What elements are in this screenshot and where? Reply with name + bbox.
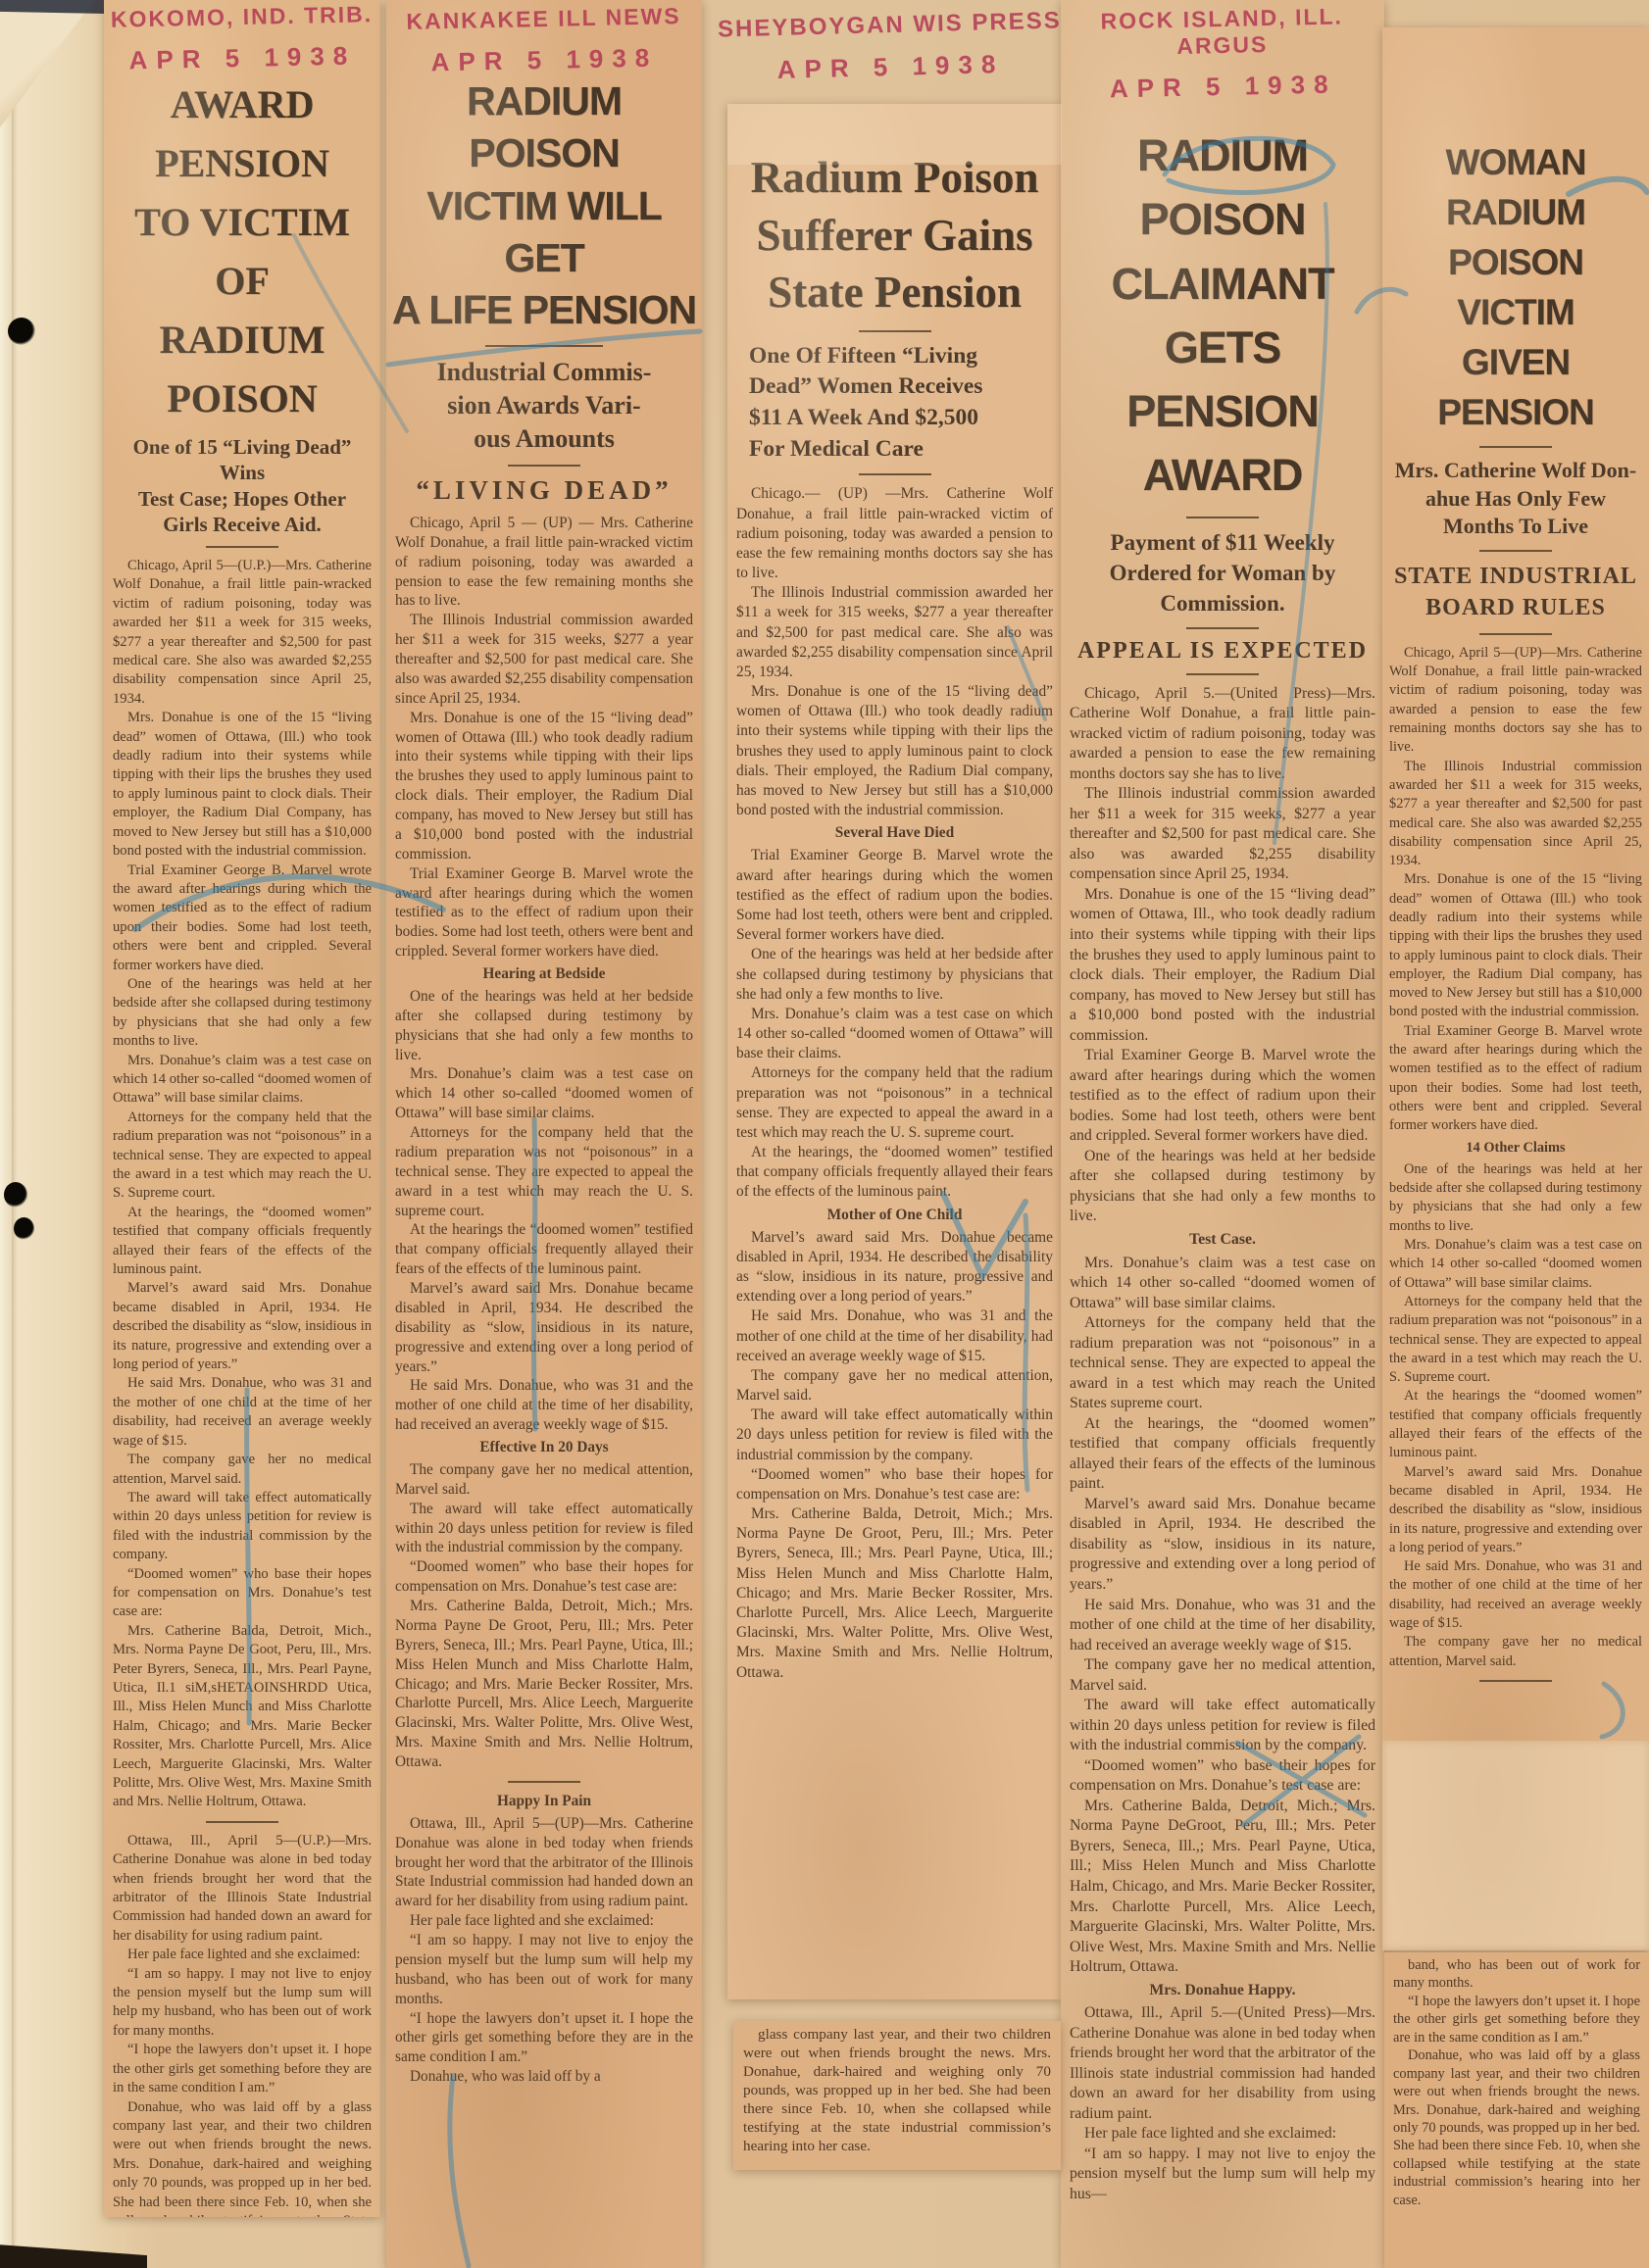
deck: Payment of $11 Weekly Ordered for Woman …: [1069, 527, 1376, 618]
kicker: APPEAL IS EXPECTED: [1067, 638, 1378, 665]
article-paragraph: The company gave her no medical attentio…: [113, 1451, 372, 1489]
article-subhead: Effective In 20 Days: [395, 1438, 693, 1457]
clipping-canton-fragment: band, who has been out of work for many …: [1384, 1952, 1649, 2268]
article-paragraph: “Doomed women” who base their hopes for …: [113, 1565, 372, 1622]
article-paragraph: Attorneys for the company held that the …: [113, 1109, 372, 1204]
article-paragraph: Donahue, who was laid off by a glass com…: [1393, 2046, 1640, 2209]
stamp-date: APR 5 1938: [104, 40, 380, 76]
article-paragraph: The company gave her no medical attentio…: [395, 1460, 693, 1500]
article-paragraph: “I hope the lawyers don’t upset it. I ho…: [113, 2041, 372, 2097]
article-paragraph: At the hearings, the “doomed women” test…: [1070, 1414, 1375, 1495]
clipping-kokomo-tribune: KOKOMO, IND. TRIB. APR 5 1938 AWARD PENS…: [104, 0, 380, 2217]
stamp-source: SHEYBOYGAN WIS PRESS: [703, 7, 1076, 44]
article-paragraph: Attorneys for the company held that the …: [395, 1123, 693, 1220]
divider-rule: [1186, 627, 1259, 629]
headline: RADIUM POISON CLAIMANT GETS PENSION AWAR…: [1065, 123, 1380, 508]
article-paragraph: Trial Examiner George B. Marvel wrote th…: [395, 864, 693, 961]
stamp-source: ROCK ISLAND, ILL. ARGUS: [1061, 3, 1384, 63]
article-subhead: Several Have Died: [736, 823, 1053, 843]
article-paragraph: Mrs. Donahue is one of the 15 “living de…: [1070, 885, 1375, 1046]
article-paragraph: Her pale face lighted and she exclaimed:: [1070, 2124, 1375, 2145]
scrapbook-page: SHEYBOYGAN WIS PRESS APR 5 1938 CANTON, …: [0, 0, 1649, 2268]
article-subhead: Mother of One Child: [736, 1206, 1053, 1225]
article-subhead: Mrs. Donahue Happy.: [1070, 1981, 1375, 2001]
article-paragraph: Her pale face lighted and she exclaimed:: [395, 1911, 693, 1931]
article-paragraph: Mrs. Donahue is one of the 15 “living de…: [1389, 870, 1642, 1021]
article-paragraph: “I am so happy. I may not live to enjoy …: [113, 1965, 372, 2042]
clipping-kankakee-news: KANKAKEE ILL NEWS APR 5 1938 RADIUM POIS…: [386, 0, 702, 2268]
deck: One of 15 “Living Dead” Wins Test Case; …: [112, 434, 373, 537]
article-paragraph: At the hearings the “doomed women” testi…: [395, 1220, 693, 1279]
article-paragraph: Chicago, April 5—(UP)—Mrs. Catherine Wol…: [1389, 644, 1642, 758]
kicker: STATE INDUSTRIAL BOARD RULES: [1388, 561, 1643, 624]
article-paragraph: The award will take effect automatically…: [1070, 1696, 1375, 1756]
binder-hole: [8, 318, 35, 345]
article-rule: [206, 1821, 278, 1823]
article-paragraph: Mrs. Donahue’s claim was a test case on …: [736, 1005, 1053, 1064]
deck: One Of Fifteen “Living Dead” Women Recei…: [735, 341, 1054, 466]
page-edge: [0, 0, 12, 2268]
article-paragraph: One of the hearings was held at her beds…: [736, 945, 1053, 1005]
divider-rule: [1186, 517, 1259, 518]
article-paragraph: Chicago, April 5—(U.P.)—Mrs. Catherine W…: [113, 557, 372, 709]
article-subhead: Hearing at Bedside: [395, 964, 693, 984]
article-paragraph: Mrs. Donahue’s claim was a test case on …: [395, 1064, 693, 1123]
article-body: glass company last year, and their two c…: [743, 2025, 1051, 2155]
article-paragraph: The award will take effect automatically…: [395, 1500, 693, 1558]
article-subhead: Test Case.: [1070, 1230, 1375, 1251]
binder-hole: [4, 1182, 27, 1208]
stamp-source: KOKOMO, IND. TRIB.: [104, 1, 380, 33]
divider-rule: [859, 330, 931, 332]
article-paragraph: Marvel’s award said Mrs. Donahue became …: [736, 1228, 1053, 1307]
article-paragraph: Ottawa, Ill., April 5—(UP)—Mrs. Catherin…: [395, 1814, 693, 1911]
page-corner-fold: [0, 0, 94, 127]
article-paragraph: The company gave her no medical attentio…: [1389, 1633, 1642, 1671]
article-paragraph: “I am so happy. I may not live to enjoy …: [1070, 2145, 1375, 2205]
article-paragraph: Donahue, who was laid off by a glass com…: [113, 2098, 372, 2218]
clipping-sheboygan-fragment: glass company last year, and their two c…: [733, 2021, 1061, 2170]
kicker: “LIVING DEAD”: [392, 475, 696, 506]
article-paragraph: band, who has been out of work for many …: [1393, 1956, 1640, 1993]
article-paragraph: glass company last year, and their two c…: [743, 2025, 1051, 2155]
article-paragraph: Mrs. Donahue’s claim was a test case on …: [113, 1052, 372, 1109]
divider-rule: [1479, 550, 1552, 552]
article-paragraph: Marvel’s award said Mrs. Donahue became …: [113, 1279, 372, 1374]
article-paragraph: Attorneys for the company held that the …: [1070, 1313, 1375, 1414]
article-paragraph: At the hearings, the “doomed women” test…: [113, 1204, 372, 1280]
article-paragraph: Trial Examiner George B. Marvel wrote th…: [113, 862, 372, 975]
article-paragraph: Marvel’s award said Mrs. Donahue became …: [395, 1279, 693, 1376]
article-paragraph: The Illinois Industrial commission award…: [736, 583, 1053, 682]
divider-rule: [859, 473, 931, 475]
headline: RADIUM POISON VICTIM WILL GET A LIFE PEN…: [390, 75, 698, 336]
article-paragraph: Chicago, April 5 — (UP) — Mrs. Catherine…: [395, 514, 693, 611]
article-paragraph: Chicago.— (UP) —Mrs. Catherine Wolf Dona…: [736, 484, 1053, 583]
binder-hole: [14, 1217, 34, 1240]
article-body: band, who has been out of work for many …: [1393, 1956, 1640, 2209]
clipping-rock-island-argus: ROCK ISLAND, ILL. ARGUS APR 5 1938 RADIU…: [1061, 0, 1384, 2268]
article-paragraph: Chicago, April 5.—(United Press)—Mrs. Ca…: [1070, 684, 1375, 785]
article-rule: [508, 1781, 580, 1783]
divider-rule: [485, 345, 603, 347]
article-paragraph: The Illinois industrial commission award…: [1070, 784, 1375, 885]
deck: Industrial Commis- sion Awards Vari- ous…: [394, 356, 694, 455]
article-paragraph: The company gave her no medical attentio…: [736, 1366, 1053, 1405]
article-paragraph: He said Mrs. Donahue, who was 31 and the…: [395, 1376, 693, 1435]
article-paragraph: Attorneys for the company held that the …: [736, 1063, 1053, 1143]
article-paragraph: Mrs. Catherine Balda, Detroit, Mich., Mr…: [113, 1622, 372, 1812]
stamp-source: KANKAKEE ILL NEWS: [386, 3, 702, 36]
article-paragraph: At the hearings, the “doomed women” test…: [736, 1143, 1053, 1203]
stamp-date: APR 5 1938: [386, 42, 702, 79]
article-paragraph: “I am so happy. I may not live to enjoy …: [395, 1931, 693, 2009]
deck: Mrs. Catherine Wolf Don- ahue Has Only F…: [1390, 457, 1641, 541]
article-paragraph: The Illinois Industrial commission award…: [1389, 758, 1642, 871]
article-paragraph: The company gave her no medical attentio…: [1070, 1655, 1375, 1696]
article-paragraph: “Doomed women” who base their hopes for …: [395, 1557, 693, 1597]
article-paragraph: One of the hearings was held at her beds…: [1389, 1160, 1642, 1236]
article-paragraph: Ottawa, Ill., April 5—(U.P.)—Mrs. Cather…: [113, 1832, 372, 1946]
divider-rule: [508, 465, 580, 467]
article-paragraph: Attorneys for the company held that the …: [1389, 1293, 1642, 1387]
article-subhead: 14 Other Claims: [1389, 1139, 1642, 1158]
divider-rule: [1479, 633, 1552, 635]
article-paragraph: He said Mrs. Donahue, who was 31 and the…: [113, 1374, 372, 1451]
article-subhead: Happy In Pain: [395, 1792, 693, 1811]
article-body: Chicago.— (UP) —Mrs. Catherine Wolf Dona…: [727, 484, 1062, 1682]
article-paragraph: At the hearings the “doomed women” testi…: [1389, 1387, 1642, 1462]
article-paragraph: He said Mrs. Donahue, who was 31 and the…: [736, 1307, 1053, 1366]
article-body: Chicago, April 5 — (UP) — Mrs. Catherine…: [386, 514, 702, 2087]
photo-background-corner: [0, 0, 116, 14]
article-paragraph: One of the hearings was held at her beds…: [113, 975, 372, 1052]
article-paragraph: One of the hearings was held at her beds…: [395, 987, 693, 1065]
article-paragraph: “Doomed women” who base their hopes for …: [736, 1465, 1053, 1504]
divider-rule: [206, 546, 278, 548]
date-stamp-sheboygan: SHEYBOYGAN WIS PRESS APR 5 1938: [703, 7, 1077, 87]
article-paragraph: The Illinois Industrial commission award…: [395, 611, 693, 708]
article-body: Chicago, April 5—(U.P.)—Mrs. Catherine W…: [104, 557, 380, 2217]
article-paragraph: Mrs. Donahue’s claim was a test case on …: [1070, 1254, 1375, 1314]
article-paragraph: He said Mrs. Donahue, who was 31 and the…: [1389, 1557, 1642, 1633]
article-paragraph: Mrs. Donahue’s claim was a test case on …: [1389, 1236, 1642, 1293]
date-stamp-rock-island: ROCK ISLAND, ILL. ARGUS APR 5 1938: [1061, 3, 1384, 106]
headline: AWARD PENSION TO VICTIM OF RADIUM POISON: [108, 75, 376, 428]
article-paragraph: Mrs. Donahue is one of the 15 “living de…: [113, 709, 372, 861]
article-paragraph: “I hope the lawyers don’t upset it. I ho…: [395, 2009, 693, 2068]
article-paragraph: Trial Examiner George B. Marvel wrote th…: [1070, 1046, 1375, 1147]
article-paragraph: “Doomed women” who base their hopes for …: [1070, 1756, 1375, 1797]
clipping-sheboygan-press: Radium Poison Sufferer Gains State Pensi…: [727, 104, 1062, 1999]
divider-rule: [1186, 673, 1259, 675]
headline: WOMAN RADIUM POISON VICTIM GIVEN PENSION: [1386, 137, 1645, 437]
article-paragraph: “I hope the lawyers don’t upset it. I ho…: [1393, 1993, 1640, 2046]
article-paragraph: Trial Examiner George B. Marvel wrote th…: [1389, 1022, 1642, 1136]
article-paragraph: Trial Examiner George B. Marvel wrote th…: [736, 846, 1053, 945]
article-paragraph: Mrs. Catherine Balda, Detroit, Mich.; Mr…: [1070, 1797, 1375, 1978]
stamp-date: APR 5 1938: [704, 47, 1077, 87]
photo-background-corner: [0, 2235, 147, 2268]
article-paragraph: Mrs. Donahue is one of the 15 “living de…: [736, 682, 1053, 820]
divider-rule: [1479, 446, 1552, 448]
article-paragraph: Mrs. Donahue is one of the 15 “living de…: [395, 709, 693, 864]
date-stamp-kankakee: KANKAKEE ILL NEWS APR 5 1938: [386, 3, 702, 79]
date-stamp-kokomo: KOKOMO, IND. TRIB. APR 5 1938: [104, 1, 380, 76]
article-rule: [1479, 1680, 1552, 1682]
article-paragraph: Her pale face lighted and she exclaimed:: [113, 1946, 372, 1964]
stamp-date: APR 5 1938: [1061, 69, 1384, 106]
article-paragraph: Marvel’s award said Mrs. Donahue became …: [1389, 1463, 1642, 1557]
article-paragraph: Donahue, who was laid off by a: [395, 2067, 693, 2087]
headline: Radium Poison Sufferer Gains State Pensi…: [731, 149, 1058, 321]
article-paragraph: The award will take effect automatically…: [736, 1405, 1053, 1465]
article-paragraph: Mrs. Catherine Balda, Detroit, Mich.; Mr…: [395, 1597, 693, 1772]
article-paragraph: Ottawa, Ill., April 5.—(United Press)—Mr…: [1070, 2003, 1375, 2124]
article-paragraph: He said Mrs. Donahue, who was 31 and the…: [1070, 1596, 1375, 1656]
article-paragraph: Mrs. Catherine Balda, Detroit, Mich.; Mr…: [736, 1504, 1053, 1683]
article-paragraph: Marvel’s award said Mrs. Donahue became …: [1070, 1495, 1375, 1596]
clipping-canton-ledger: WOMAN RADIUM POISON VICTIM GIVEN PENSION…: [1382, 27, 1649, 1950]
article-paragraph: The award will take effect automatically…: [113, 1489, 372, 1565]
article-body: Chicago, April 5.—(United Press)—Mrs. Ca…: [1061, 684, 1384, 2205]
article-body: Chicago, April 5—(UP)—Mrs. Catherine Wol…: [1382, 644, 1649, 1682]
article-paragraph: One of the hearings was held at her beds…: [1070, 1147, 1375, 1227]
